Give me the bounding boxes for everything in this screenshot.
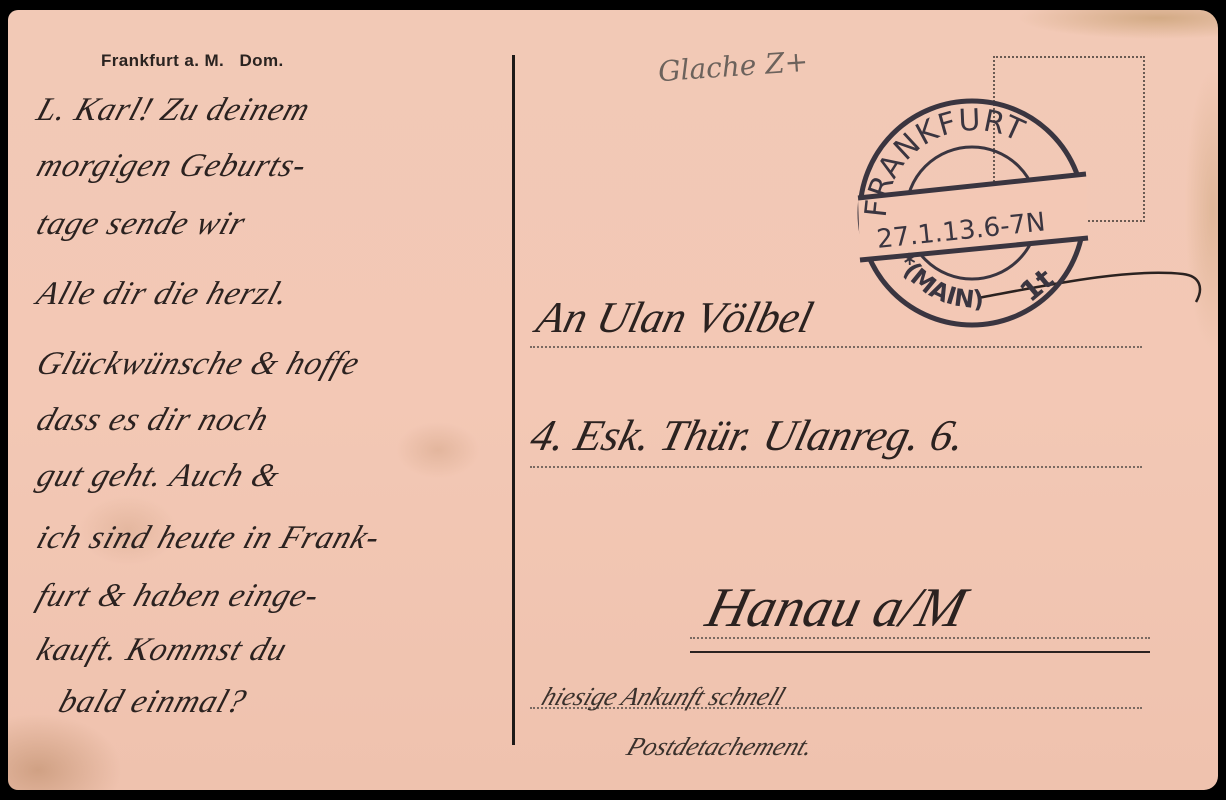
message-line: L. Karl! Zu deinem <box>32 92 315 129</box>
message-line: bald einmal? <box>54 684 251 721</box>
postcard: Frankfurt a. M. Dom. Glache Z+ L. Karl! … <box>8 10 1218 790</box>
annotation-line: hiesige Ankunft schnell <box>538 682 790 712</box>
message-address-divider <box>512 55 515 745</box>
address-city: Hanau a/M <box>700 576 973 640</box>
address-line-rule <box>530 346 1142 348</box>
pencil-note: Glache Z+ <box>657 45 809 88</box>
message-line: gut geht. Auch & <box>32 458 285 495</box>
postmark-stamp: FRANKFURT 27.1.13.6-7N *(MAIN) 1t <box>846 88 1096 338</box>
address-line-rule <box>530 466 1142 468</box>
message-line: tage sende wir <box>32 206 251 243</box>
message-line: morgigen Geburts- <box>32 148 312 185</box>
message-line: furt & haben einge- <box>32 578 324 615</box>
message-line: dass es dir noch <box>32 402 274 439</box>
message-line: ich sind heute in Frank- <box>32 520 385 557</box>
postmark-office-number: 1t <box>1014 262 1060 308</box>
message-line: kauft. Kommst du <box>32 632 292 669</box>
message-line: Alle dir die herzl. <box>32 276 294 313</box>
message-line: Glückwünsche & hoffe <box>32 346 365 383</box>
annotation-line: Postdetachement. <box>623 732 818 762</box>
printed-caption: Frankfurt a. M. Dom. <box>101 51 284 71</box>
city-underline <box>690 651 1150 653</box>
address-recipient: An Ulan Völbel <box>532 292 818 343</box>
address-unit: 4. Esk. Thür. Ulanreg. 6. <box>526 410 971 461</box>
